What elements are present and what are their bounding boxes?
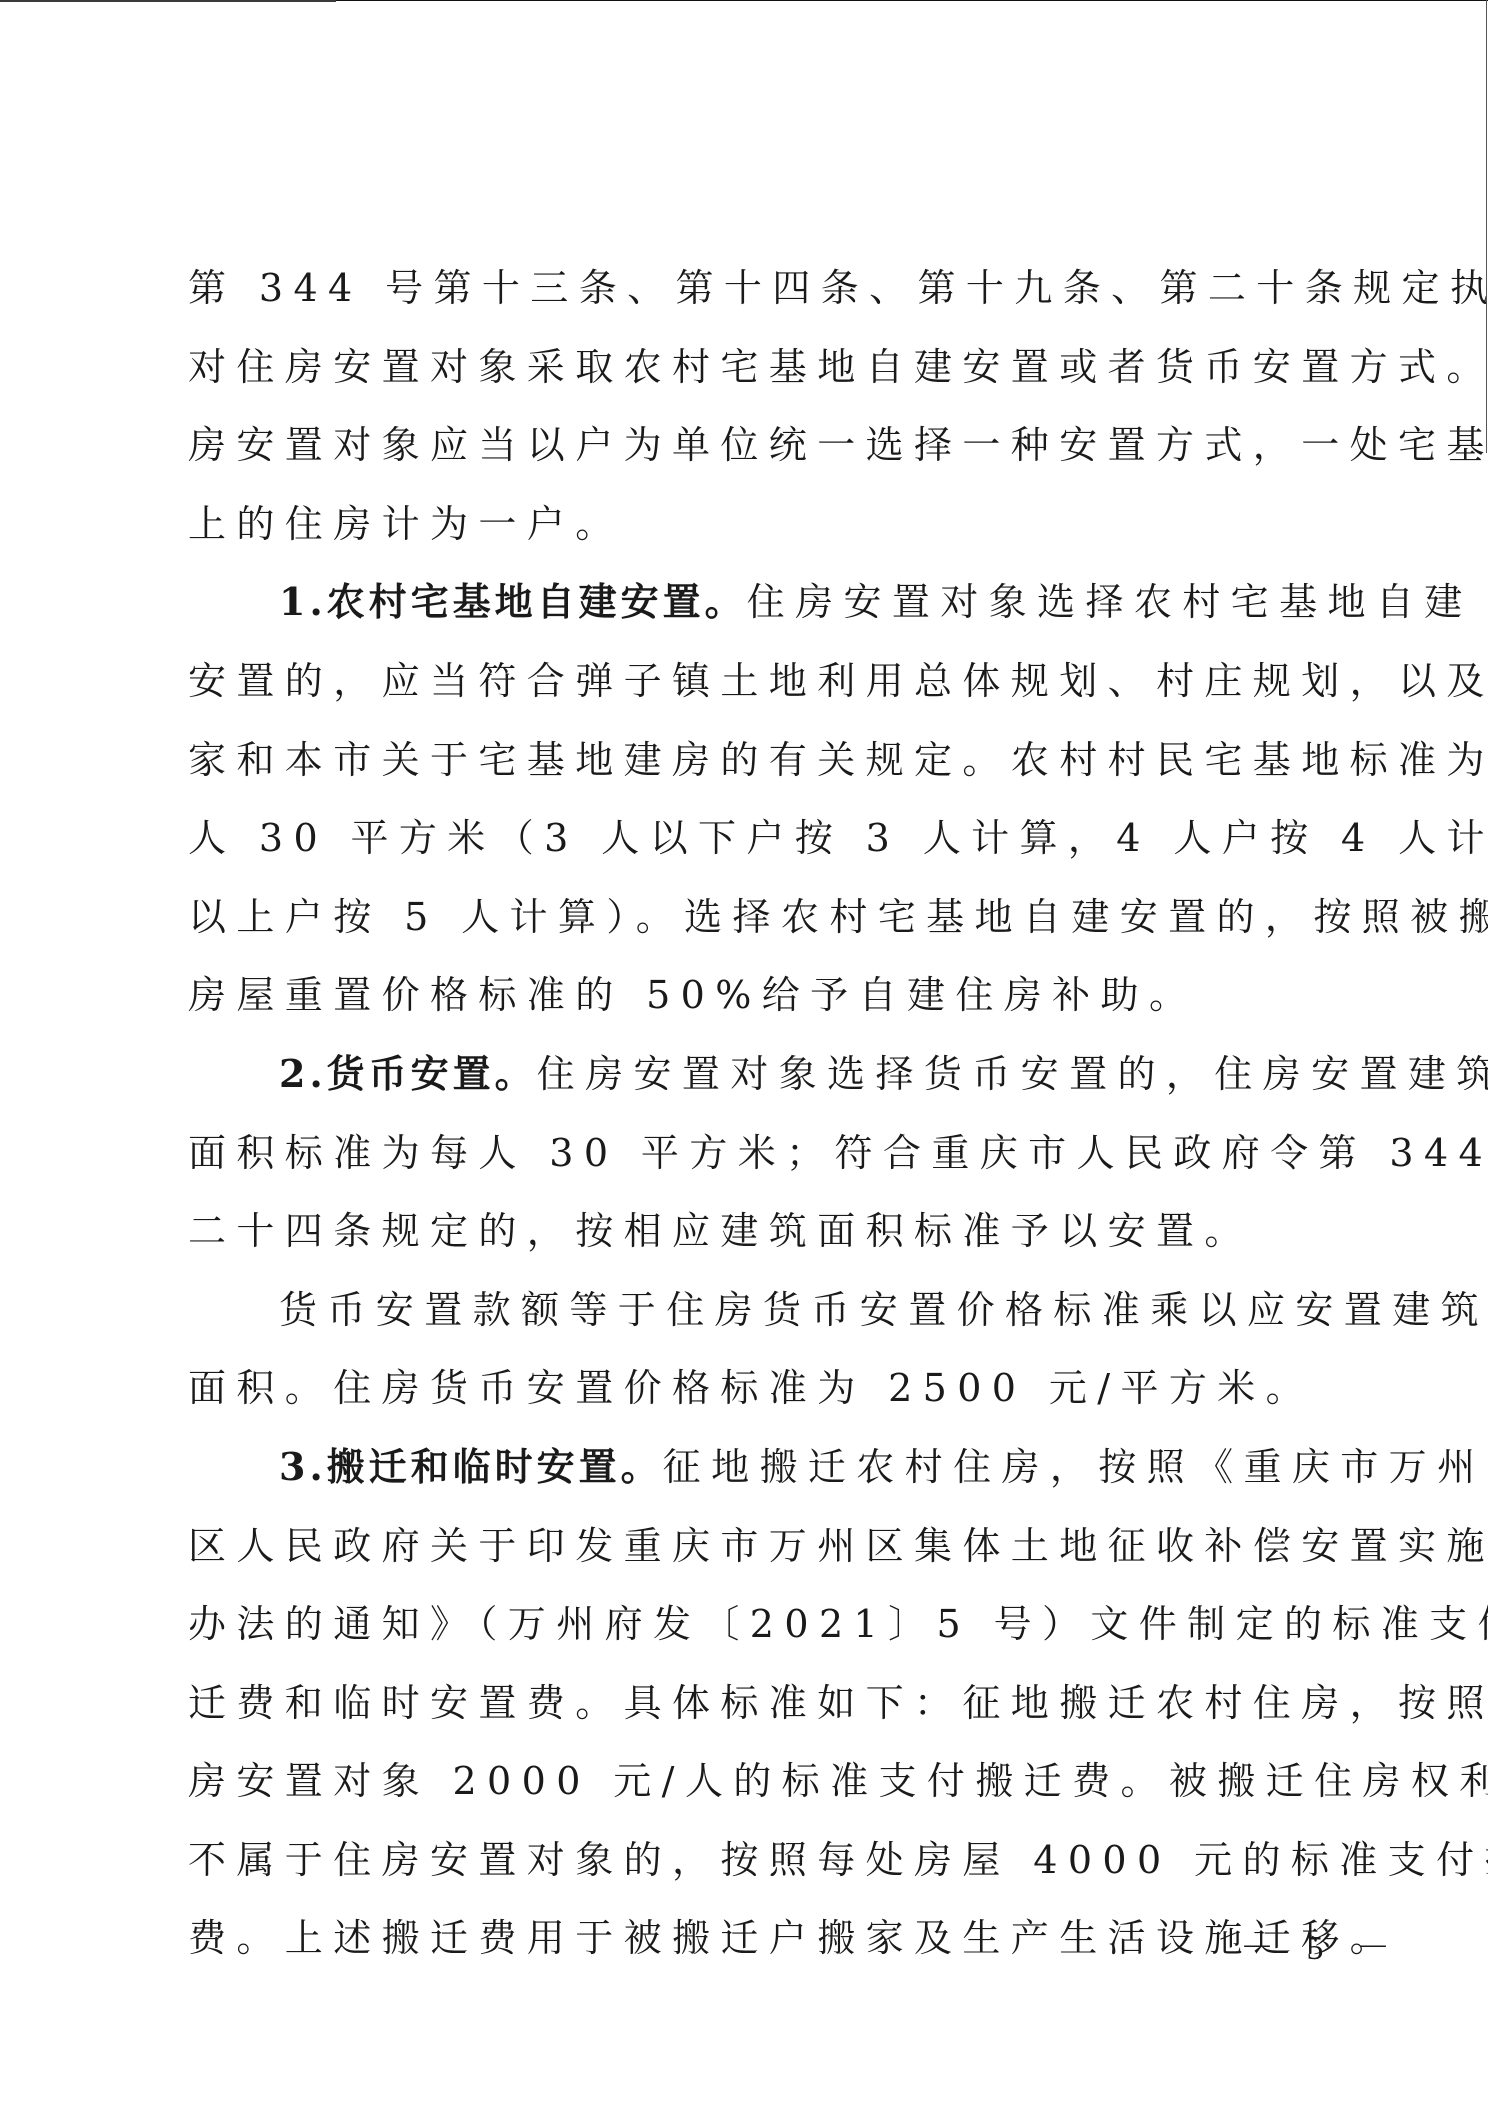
paragraph-first-line: 1.农村宅基地自建安置。住房安置对象选择农村宅基地自建 [188,572,1298,651]
section-heading-3: 3.搬迁和临时安置。 [279,1444,663,1489]
text-line: 房安置对象应当以户为单位统一选择一种安置方式，一处宅基地 [188,415,1298,494]
section-heading-1: 1.农村宅基地自建安置。 [279,579,747,624]
paragraph-first-line: 货币安置款额等于住房货币安置价格标准乘以应安置建筑 [188,1280,1298,1359]
document-body: 第 344 号第十三条、第十四条、第十九条、第二十条规定执行。 对住房安置对象采… [188,258,1298,1987]
page-number: － 5 － [1240,1920,1402,1969]
text-span: 住房安置对象选择货币安置的，住房安置建筑 [537,1052,1488,1096]
text-line: 第 344 号第十三条、第十四条、第十九条、第二十条规定执行。 [188,258,1298,337]
text-line: 迁费和临时安置费。具体标准如下：征地搬迁农村住房，按照住 [188,1673,1298,1752]
text-line: 房屋重置价格标准的 50%给予自建住房补助。 [188,965,1298,1044]
section-heading-2: 2.货币安置。 [279,1051,537,1096]
text-line: 不属于住房安置对象的，按照每处房屋 4000 元的标准支付搬迁 [188,1830,1298,1909]
text-line: 人 30 平方米（3 人以下户按 3 人计算，4 人户按 4 人计算，5 人 [188,808,1298,887]
text-line: 费。上述搬迁费用于被搬迁户搬家及生产生活设施迁移。 [188,1908,1298,1987]
text-line: 办法的通知》（万州府发〔2021〕5 号）文件制定的标准支付搬 [188,1594,1298,1673]
text-line: 面积标准为每人 30 平方米；符合重庆市人民政府令第 344 号第 [188,1123,1298,1202]
text-line: 二十四条规定的，按相应建筑面积标准予以安置。 [188,1201,1298,1280]
text-line: 对住房安置对象采取农村宅基地自建安置或者货币安置方式。住 [188,337,1298,416]
text-line: 房安置对象 2000 元/人的标准支付搬迁费。被搬迁住房权利人均 [188,1751,1298,1830]
text-span: 住房安置对象选择农村宅基地自建 [747,580,1473,624]
paragraph-first-line: 3.搬迁和临时安置。征地搬迁农村住房，按照《重庆市万州 [188,1437,1298,1516]
text-line: 区人民政府关于印发重庆市万州区集体土地征收补偿安置实施 [188,1516,1298,1595]
text-line: 以上户按 5 人计算）。选择农村宅基地自建安置的，按照被搬迁 [188,887,1298,966]
text-line: 家和本市关于宅基地建房的有关规定。农村村民宅基地标准为每 [188,730,1298,809]
scan-border-top [0,0,336,2]
text-span: 征地搬迁农村住房，按照《重庆市万州 [663,1445,1486,1489]
text-line: 安置的，应当符合弹子镇土地利用总体规划、村庄规划，以及国 [188,651,1298,730]
text-line: 上的住房计为一户。 [188,494,1298,573]
scan-border-top-thin [336,0,1488,1]
paragraph-first-line: 2.货币安置。住房安置对象选择货币安置的，住房安置建筑 [188,1044,1298,1123]
text-line: 面积。住房货币安置价格标准为 2500 元/平方米。 [188,1358,1298,1437]
